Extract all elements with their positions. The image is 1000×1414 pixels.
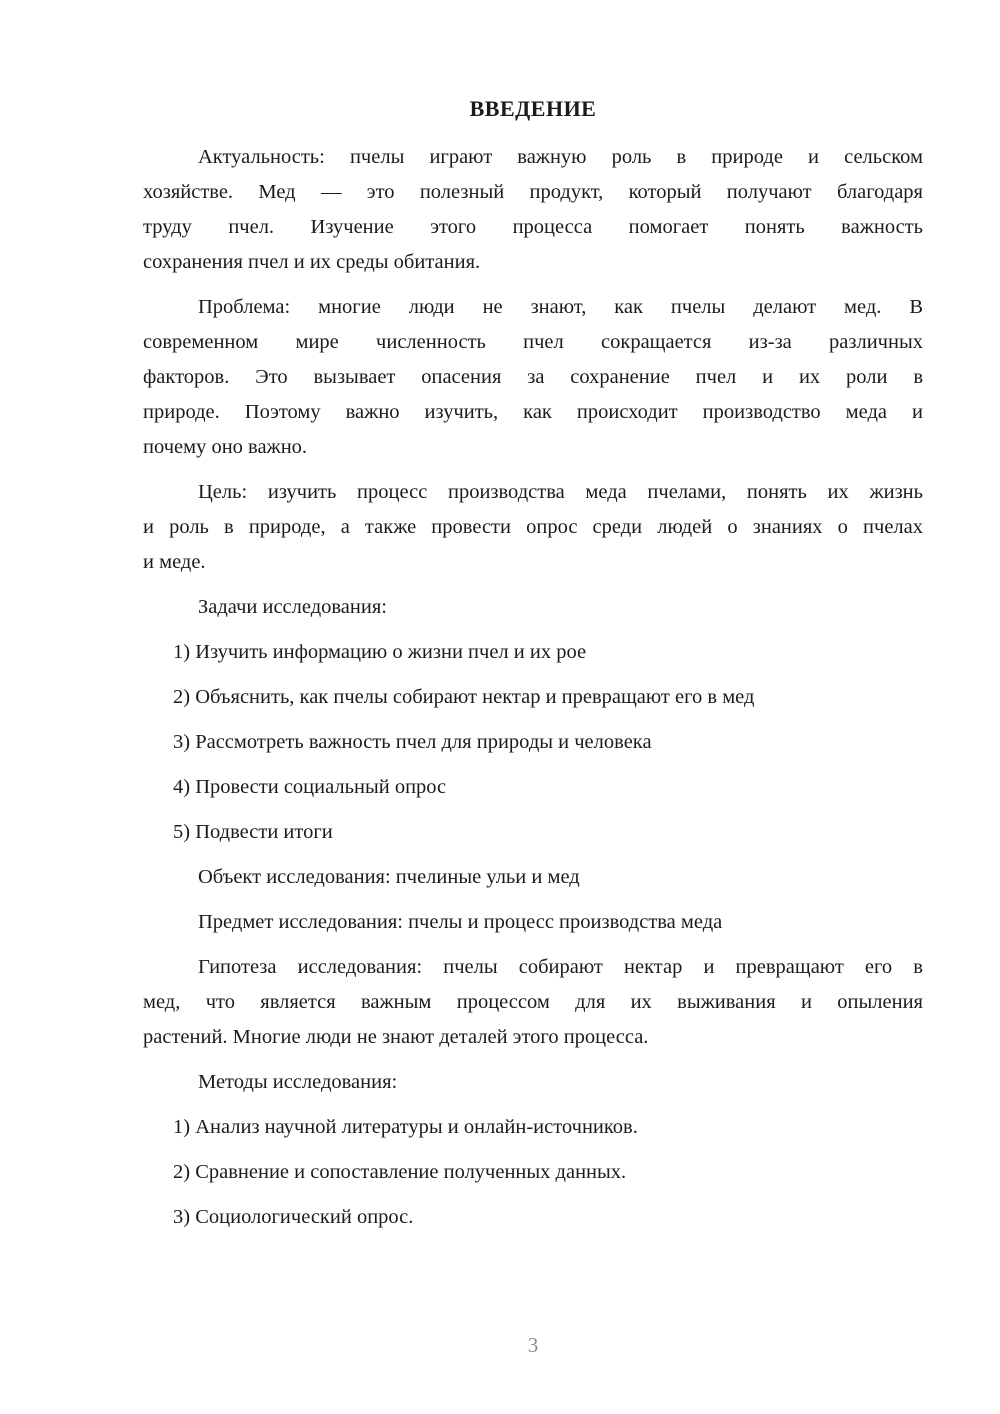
text-line: Гипотеза исследования: пчелы собирают не… (143, 950, 923, 985)
page-title: ВВЕДЕНИЕ (143, 91, 923, 126)
text-line: Методы исследования: (143, 1065, 923, 1100)
text-line: Цель: изучить процесс производства меда … (143, 475, 923, 510)
list-item: 2) Сравнение и сопоставление полученных … (173, 1155, 923, 1190)
text-line: мед, что является важным процессом для и… (143, 985, 923, 1020)
text-line: Актуальность: пчелы играют важную роль в… (143, 140, 923, 175)
list-item: 5) Подвести итоги (173, 815, 923, 850)
paragraph: Актуальность: пчелы играют важную роль в… (143, 140, 923, 280)
paragraph: Цель: изучить процесс производства меда … (143, 475, 923, 580)
text-line: растений. Многие люди не знают деталей э… (143, 1020, 923, 1055)
paragraph: Методы исследования: (143, 1065, 923, 1100)
text-line: факторов. Это вызывает опасения за сохра… (143, 360, 923, 395)
text-line: Задачи исследования: (143, 590, 923, 625)
paragraph: Гипотеза исследования: пчелы собирают не… (143, 950, 923, 1055)
list-item: 1) Изучить информацию о жизни пчел и их … (173, 635, 923, 670)
text-line: 4) Провести социальный опрос (173, 770, 923, 805)
text-line: Проблема: многие люди не знают, как пчел… (143, 290, 923, 325)
paragraph: Проблема: многие люди не знают, как пчел… (143, 290, 923, 465)
text-line: труду пчел. Изучение этого процесса помо… (143, 210, 923, 245)
list-item: 3) Рассмотреть важность пчел для природы… (173, 725, 923, 760)
list-item: 3) Социологический опрос. (173, 1200, 923, 1235)
document-body: Актуальность: пчелы играют важную роль в… (143, 140, 923, 1245)
page-number: 3 (143, 1328, 923, 1363)
text-line: современном мире численность пчел сокращ… (143, 325, 923, 360)
text-line: 5) Подвести итоги (173, 815, 923, 850)
text-line: 3) Рассмотреть важность пчел для природы… (173, 725, 923, 760)
text-line: почему оно важно. (143, 430, 923, 465)
text-line: хозяйстве. Мед — это полезный продукт, к… (143, 175, 923, 210)
text-line: 2) Сравнение и сопоставление полученных … (173, 1155, 923, 1190)
text-line: 2) Объяснить, как пчелы собирают нектар … (173, 680, 923, 715)
list-item: 1) Анализ научной литературы и онлайн-ис… (173, 1110, 923, 1145)
text-line: Предмет исследования: пчелы и процесс пр… (143, 905, 923, 940)
paragraph: Предмет исследования: пчелы и процесс пр… (143, 905, 923, 940)
list-item: 2) Объяснить, как пчелы собирают нектар … (173, 680, 923, 715)
paragraph: Задачи исследования: (143, 590, 923, 625)
document-page: ВВЕДЕНИЕ Актуальность: пчелы играют важн… (0, 0, 1000, 1414)
text-line: и меде. (143, 545, 923, 580)
paragraph: Объект исследования: пчелиные ульи и мед (143, 860, 923, 895)
text-line: 1) Изучить информацию о жизни пчел и их … (173, 635, 923, 670)
text-line: сохранения пчел и их среды обитания. (143, 245, 923, 280)
text-line: 1) Анализ научной литературы и онлайн-ис… (173, 1110, 923, 1145)
text-line: 3) Социологический опрос. (173, 1200, 923, 1235)
text-line: природе. Поэтому важно изучить, как прои… (143, 395, 923, 430)
list-item: 4) Провести социальный опрос (173, 770, 923, 805)
text-line: и роль в природе, а также провести опрос… (143, 510, 923, 545)
text-line: Объект исследования: пчелиные ульи и мед (143, 860, 923, 895)
